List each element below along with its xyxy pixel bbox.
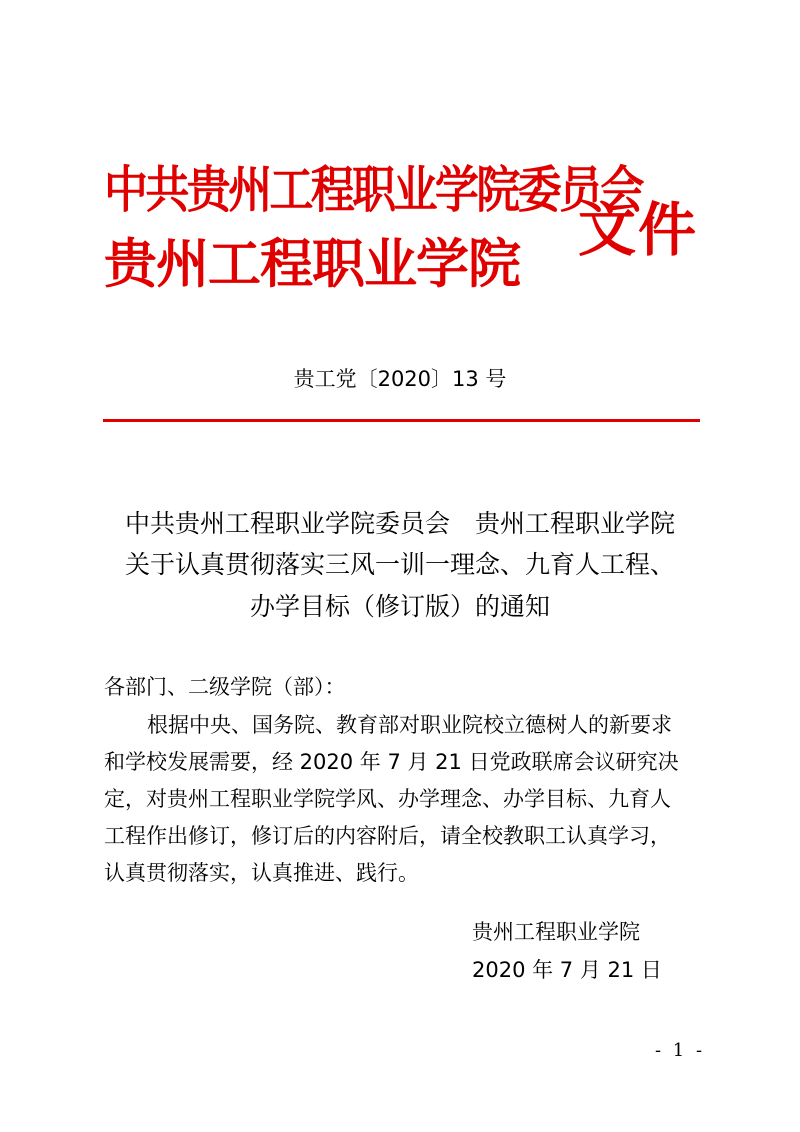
body-line-2: 和学校发展需要，经 2020 年 7 月 21 日党政联席会议研究决 [104, 746, 679, 776]
addressee: 各部门、二级学院（部）： [104, 671, 346, 701]
notice-title-line-1: 中共贵州工程职业学院委员会 贵州工程职业学院 [0, 504, 800, 540]
page-number: - 1 - [655, 1040, 702, 1061]
document-number: 贵工党〔2020〕13 号 [0, 363, 800, 393]
header-document-label: 文件 [578, 183, 698, 267]
notice-title-line-3: 办学目标（修订版）的通知 [0, 587, 800, 623]
red-separator-line [103, 419, 700, 422]
header-issuer-party-committee: 中共贵州工程职业学院委员会 [104, 150, 642, 222]
signature-date: 2020 年 7 月 21 日 [472, 954, 662, 984]
header-issuer-college: 贵州工程职业学院 [104, 222, 520, 298]
body-line-4: 工程作出修订，修订后的内容附后，请全校教职工认真学习， [104, 820, 671, 850]
notice-title-line-2: 关于认真贯彻落实三风一训一理念、九育人工程、 [0, 545, 800, 581]
signature-organization: 贵州工程职业学院 [472, 916, 640, 946]
body-line-3: 定，对贵州工程职业学院学风、办学理念、办学目标、九育人 [104, 783, 671, 813]
body-line-5: 认真贯彻落实，认真推进、践行。 [104, 857, 419, 887]
body-line-1: 根据中央、国务院、教育部对职业院校立德树人的新要求 [147, 709, 672, 739]
